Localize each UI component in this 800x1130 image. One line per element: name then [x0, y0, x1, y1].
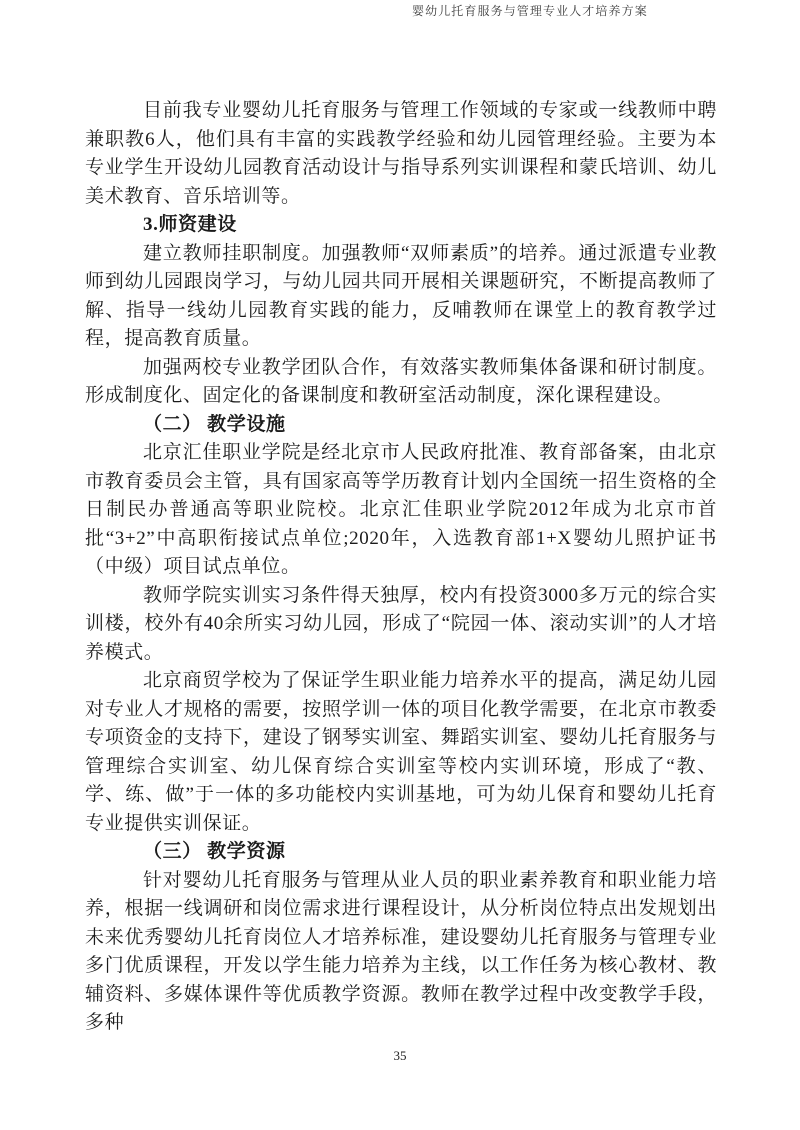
document-body: 目前我专业婴幼儿托育服务与管理工作领域的专家或一线教师中聘兼职教6人，他们具有丰… [85, 97, 717, 1038]
section-heading-teaching-resources: （三） 教学资源 [85, 838, 717, 867]
paragraph-training-conditions: 教师学院实训实习条件得天独厚，校内有投资3000多万元的综合实训楼，校外有40余… [85, 582, 717, 668]
section-heading-faculty-building: 3.师资建设 [85, 211, 717, 240]
section-heading-teaching-facilities: （二） 教学设施 [85, 411, 717, 440]
document-page: 婴幼儿托育服务与管理专业人才培养方案 目前我专业婴幼儿托育服务与管理工作领域的专… [0, 0, 800, 1130]
page-number: 35 [0, 1048, 800, 1064]
paragraph-faculty-intro: 目前我专业婴幼儿托育服务与管理工作领域的专家或一线教师中聘兼职教6人，他们具有丰… [85, 97, 717, 211]
paragraph-teacher-secondment: 建立教师挂职制度。加强教师“双师素质”的培养。通过派遣专业教师到幼儿园跟岗学习，… [85, 240, 717, 354]
paragraph-team-cooperation: 加强两校专业教学团队合作，有效落实教师集体备课和研讨制度。形成制度化、固定化的备… [85, 354, 717, 411]
paragraph-huijia-college: 北京汇佳职业学院是经北京市人民政府批准、教育部备案，由北京市教育委员会主管，具有… [85, 439, 717, 582]
paragraph-commerce-school-facilities: 北京商贸学校为了保证学生职业能力培养水平的提高，满足幼儿园对专业人才规格的需要，… [85, 667, 717, 838]
running-header: 婴幼儿托育服务与管理专业人才培养方案 [412, 2, 648, 19]
paragraph-curriculum-design: 针对婴幼儿托育服务与管理从业人员的职业素养教育和职业能力培养，根据一线调研和岗位… [85, 867, 717, 1038]
